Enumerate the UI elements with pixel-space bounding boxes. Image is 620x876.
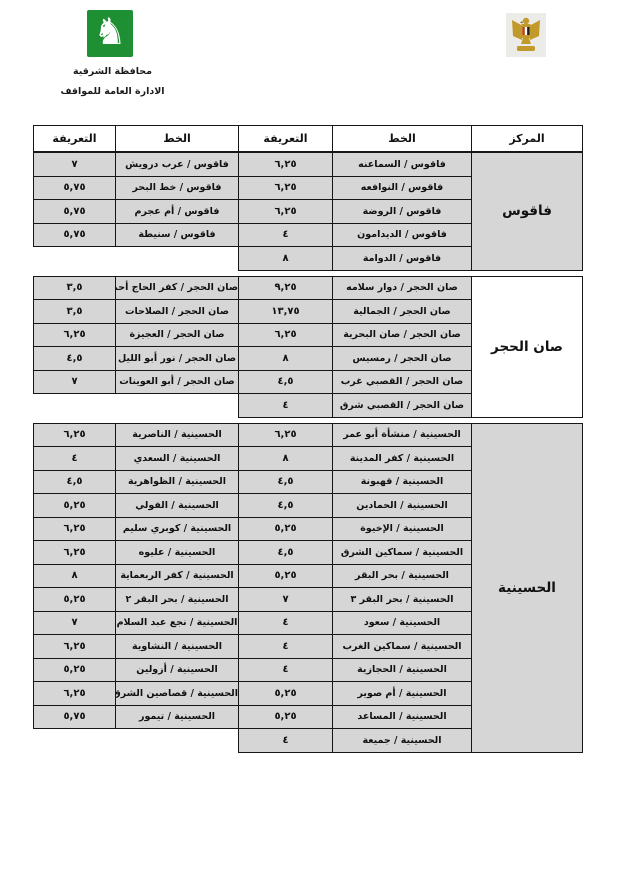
tariff-cell: ١٣,٧٥ (239, 300, 333, 324)
tariff-table: التعريفة الخط التعريفة الخط المركز ٧فاقو… (33, 125, 582, 753)
tariff-cell: ٨ (239, 247, 333, 271)
line-cell: صان الحجر / أبو العوينات (116, 370, 239, 394)
line-cell: الحسينية / النشاوية (116, 635, 239, 659)
line-cell: الحسينية / الظواهرية (116, 470, 239, 494)
line-cell: الحسينية / أم صوير (333, 682, 472, 706)
line-cell: فاقوس / الدوامة (333, 247, 472, 271)
line-cell: الحسينية / بحر البقر (333, 564, 472, 588)
header-center: المركز (472, 126, 583, 152)
org-title: محافظة الشرقية الادارة العامة للمواقف (30, 62, 195, 102)
table-row: ٦,٢٥الحسينية / الناصرية٦,٢٥الحسينية / من… (34, 423, 583, 447)
line-cell: فاقوس / عرب درويش (116, 153, 239, 177)
empty-cell (34, 729, 239, 753)
line-cell: الحسينية / بحر البقر ٢ (116, 588, 239, 612)
empty-cell (34, 247, 239, 271)
tariff-cell: ٧ (34, 370, 116, 394)
line-cell: الحسينية / نجع عبد السلام (116, 611, 239, 635)
tariff-cell: ٣,٥ (34, 300, 116, 324)
center-cell: الحسينية (472, 423, 583, 752)
tariff-cell: ٦,٢٥ (239, 200, 333, 224)
tariff-cell: ٥,٧٥ (34, 705, 116, 729)
tariff-cell: ٦,٢٥ (34, 323, 116, 347)
section-block-0: ٧فاقوس / عرب درويش٦,٢٥فاقوس / السماعنهفا… (33, 152, 583, 271)
header-tariff-right: التعريفة (239, 126, 333, 152)
line-cell: صان الحجر / العجيزة (116, 323, 239, 347)
line-cell: الحسينية / كفر الربعماية (116, 564, 239, 588)
line-cell: الحسينية / المساعد (333, 705, 472, 729)
tariff-cell: ٧ (34, 611, 116, 635)
line-cell: الحسينية / الحجازية (333, 658, 472, 682)
line-cell: صان الحجر / الصلاحات (116, 300, 239, 324)
section-block-2: ٦,٢٥الحسينية / الناصرية٦,٢٥الحسينية / من… (33, 423, 583, 753)
table-sections: ٧فاقوس / عرب درويش٦,٢٥فاقوس / السماعنهفا… (33, 152, 582, 753)
tariff-cell: ٦,٢٥ (34, 517, 116, 541)
line-cell: الحسينية / سماكين الشرق (333, 541, 472, 565)
line-cell: فاقوس / خط البحر (116, 176, 239, 200)
tariff-cell: ٤,٥ (239, 370, 333, 394)
governorate-name: محافظة الشرقية (30, 62, 195, 82)
line-cell: صان الحجر / القصبي غرب (333, 370, 472, 394)
table-row: ٣,٥صان الحجر / كفر الحاج أحمد٩,٢٥صان الح… (34, 276, 583, 300)
line-cell: الحسينية / الناصرية (116, 423, 239, 447)
line-cell: صان الحجر / دوار سلامه (333, 276, 472, 300)
line-cell: الحسينية / أزولين (116, 658, 239, 682)
line-cell: صان الحجر / القصبي شرق (333, 394, 472, 418)
header-line-right: الخط (333, 126, 472, 152)
tariff-cell: ٤,٥ (239, 541, 333, 565)
tariff-cell: ٤ (239, 223, 333, 247)
tariff-cell: ٥,٢٥ (239, 682, 333, 706)
tariff-cell: ٩,٢٥ (239, 276, 333, 300)
table-header-row: التعريفة الخط التعريفة الخط المركز (33, 125, 583, 152)
line-cell: فاقوس / أم عجرم (116, 200, 239, 224)
line-cell: فاقوس / الروضة (333, 200, 472, 224)
tariff-cell: ٧ (34, 153, 116, 177)
tariff-cell: ٤ (239, 394, 333, 418)
tariff-cell: ٤,٥ (34, 470, 116, 494)
line-cell: الحسينية / منشأة أبو عمر (333, 423, 472, 447)
tariff-cell: ٦,٢٥ (34, 635, 116, 659)
line-cell: الحسينية / تيمور (116, 705, 239, 729)
line-cell: صان الحجر / صان البحرية (333, 323, 472, 347)
tariff-cell: ٤ (239, 635, 333, 659)
tariff-cell: ٦,٢٥ (239, 176, 333, 200)
header-tariff-left: التعريفة (34, 126, 116, 152)
tariff-cell: ٤ (239, 729, 333, 753)
tariff-cell: ٦,٢٥ (239, 153, 333, 177)
line-cell: الحسينية / قهبونة (333, 470, 472, 494)
line-cell: الحسينية / جميعة (333, 729, 472, 753)
tariff-cell: ٤ (239, 658, 333, 682)
line-cell: الحسينية / الإخيوة (333, 517, 472, 541)
line-cell: الحسينية / قصاصين الشرق (116, 682, 239, 706)
tariff-cell: ٤ (34, 447, 116, 471)
table-row: ٧فاقوس / عرب درويش٦,٢٥فاقوس / السماعنهفا… (34, 153, 583, 177)
tariff-cell: ٣,٥ (34, 276, 116, 300)
line-cell: الحسينية / سعود (333, 611, 472, 635)
tariff-cell: ٦,٢٥ (34, 682, 116, 706)
header-line-left: الخط (116, 126, 239, 152)
tariff-cell: ٥,٧٥ (34, 200, 116, 224)
tariff-cell: ٧ (239, 588, 333, 612)
line-cell: صان الحجر / الجمالية (333, 300, 472, 324)
tariff-cell: ٥,٢٥ (239, 705, 333, 729)
line-cell: الحسينية / بحر البقر ٣ (333, 588, 472, 612)
eagle-icon (510, 16, 542, 54)
tariff-cell: ٦,٢٥ (34, 541, 116, 565)
line-cell: الحسينية / عليوه (116, 541, 239, 565)
center-cell: صان الحجر (472, 276, 583, 417)
line-cell: فاقوس / السماعنه (333, 153, 472, 177)
line-cell: الحسينية / السعدي (116, 447, 239, 471)
egypt-eagle-emblem (506, 13, 546, 57)
tariff-cell: ٥,٢٥ (239, 564, 333, 588)
tariff-cell: ٤ (239, 611, 333, 635)
tariff-cell: ٤,٥ (239, 470, 333, 494)
center-cell: فاقوس (472, 153, 583, 271)
line-cell: فاقوس / النوافعه (333, 176, 472, 200)
tariff-cell: ٥,٢٥ (34, 494, 116, 518)
sharqia-governorate-logo: ♞ (87, 10, 133, 57)
tariff-cell: ٥,٢٥ (34, 588, 116, 612)
line-cell: صان الحجر / رمسيس (333, 347, 472, 371)
line-cell: صان الحجر / كفر الحاج أحمد (116, 276, 239, 300)
tariff-cell: ٥,٢٥ (239, 517, 333, 541)
tariff-cell: ٦,٢٥ (239, 423, 333, 447)
line-cell: صان الحجر / نور أبو الليل (116, 347, 239, 371)
line-cell: فاقوس / سنيطة (116, 223, 239, 247)
line-cell: الحسينية / الفولي (116, 494, 239, 518)
section-block-1: ٣,٥صان الحجر / كفر الحاج أحمد٩,٢٥صان الح… (33, 276, 583, 418)
line-cell: الحسينية / سماكين الغرب (333, 635, 472, 659)
tariff-cell: ٨ (239, 447, 333, 471)
line-cell: الحسينية / الحمادين (333, 494, 472, 518)
horse-icon: ♞ (93, 13, 126, 50)
tariff-cell: ٥,٧٥ (34, 176, 116, 200)
department-name: الادارة العامة للمواقف (30, 82, 195, 102)
line-cell: الحسينية / كوبري سليم (116, 517, 239, 541)
tariff-cell: ٨ (239, 347, 333, 371)
tariff-cell: ٤,٥ (34, 347, 116, 371)
tariff-cell: ٥,٢٥ (34, 658, 116, 682)
line-cell: الحسينية / كفر المدينة (333, 447, 472, 471)
empty-cell (34, 394, 239, 418)
tariff-cell: ٨ (34, 564, 116, 588)
line-cell: فاقوس / الديدامون (333, 223, 472, 247)
tariff-cell: ٦,٢٥ (239, 323, 333, 347)
tariff-cell: ٤,٥ (239, 494, 333, 518)
tariff-cell: ٦,٢٥ (34, 423, 116, 447)
tariff-cell: ٥,٧٥ (34, 223, 116, 247)
